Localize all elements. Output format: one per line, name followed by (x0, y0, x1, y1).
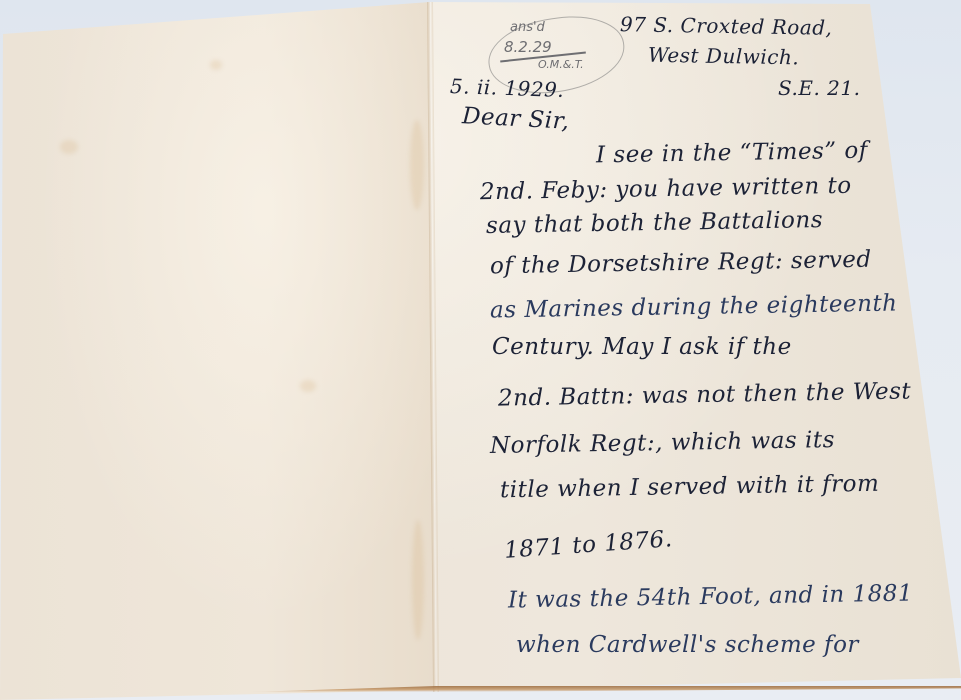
address-district: West Dulwich. (648, 43, 800, 70)
body-line-6: Century. May I ask if the (492, 334, 792, 360)
pencil-annotation-date: 8.2.29 (504, 38, 552, 56)
body-line-1: I see in the “Times” of (596, 138, 868, 169)
address-postcode: S.E. 21. (778, 76, 860, 100)
pencil-annotation-ansd: ans'd (510, 20, 545, 35)
letter-photograph: ans'd 8.2.29 O.M.&.T. 97 S. Croxted Road… (0, 0, 961, 700)
salutation: Dear Sir, (461, 103, 570, 135)
body-line-12: when Cardwell's scheme for (516, 632, 859, 658)
foxing-stain (210, 60, 222, 70)
foxing-stain (60, 140, 78, 154)
blank-left-page (0, 0, 440, 700)
foxing-stain (410, 120, 424, 210)
pencil-annotation-initials: O.M.&.T. (538, 58, 584, 71)
foxing-stain (300, 380, 316, 392)
address-street: 97 S. Croxted Road, (620, 12, 833, 40)
letter-date: 5. ii. 1929. (450, 74, 565, 102)
foxing-stain (412, 520, 424, 640)
